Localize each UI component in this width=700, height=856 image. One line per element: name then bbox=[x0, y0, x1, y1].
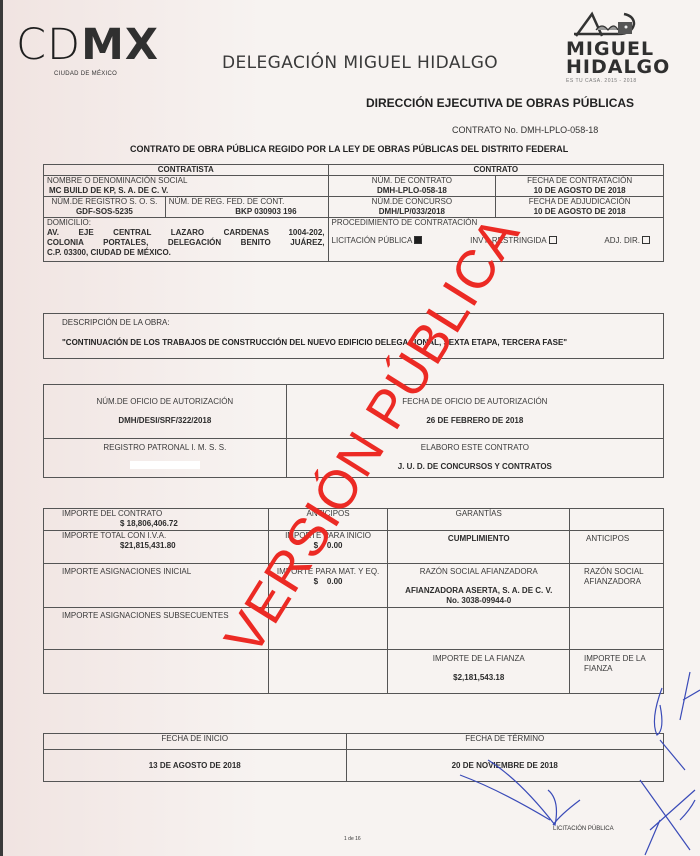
importe-iva-cell: IMPORTE TOTAL CON I.V.A. $21,815,431.80 bbox=[44, 531, 269, 564]
razon-social-label: RAZÓN SOCIAL AFIANZADORA bbox=[391, 567, 566, 577]
razon-social-cell: RAZÓN SOCIAL AFIANZADORA AFIANZADORA ASE… bbox=[388, 564, 570, 608]
cumplimiento-label: CUMPLIMIENTO bbox=[388, 531, 570, 564]
mh-logo-line2: HIDALGO bbox=[566, 58, 666, 76]
num-concurso-cell: NÚM.DE CONCURSO DMH/LP/033/2018 bbox=[328, 197, 496, 218]
fecha-termino-value: 20 DE NOVIEMBRE DE 2018 bbox=[346, 750, 664, 782]
importe-iva-label: IMPORTE TOTAL CON I.V.A. bbox=[62, 531, 265, 541]
importe-fianza-cell: IMPORTE DE LA FIANZA $2,181,543.18 bbox=[388, 650, 570, 694]
cdmx-logo: CDMX bbox=[16, 24, 159, 67]
domicilio-line1: AV. EJE CENTRAL LAZARO CARDENAS 1004-202… bbox=[47, 228, 325, 238]
fecha-contratacion-cell: FECHA DE CONTRATACIÓN 10 DE AGOSTO DE 20… bbox=[496, 176, 664, 197]
registro-patronal-cell: REGISTRO PATRONAL I. M. S. S. bbox=[44, 439, 287, 478]
cdmx-subtitle: CIUDAD DE MÉXICO bbox=[54, 71, 117, 77]
page-edge bbox=[0, 0, 3, 856]
importe-fianza-label-2: IMPORTE DE LA FIANZA bbox=[570, 650, 664, 694]
checkbox-empty-icon[interactable] bbox=[642, 236, 650, 244]
num-oficio-cell: NÚM.DE OFICIO DE AUTORIZACIÓN DMH/DESI/S… bbox=[44, 385, 287, 439]
empty-cell bbox=[570, 608, 664, 650]
cdmx-logo-thin: CD bbox=[16, 20, 81, 70]
option-label: ADJ. DIR. bbox=[604, 236, 640, 245]
fecha-inicio-label: FECHA DE INICIO bbox=[44, 734, 347, 750]
regido-title: CONTRATO DE OBRA PÚBLICA REGIDO POR LA L… bbox=[130, 144, 568, 154]
importes-table: IMPORTE DEL CONTRATO $ 18,806,406.72 ANT… bbox=[43, 508, 664, 694]
rfc-cell: NÚM. DE REG. FED. DE CONT. BKP 030903 19… bbox=[165, 197, 328, 218]
nombre-value: MC BUILD DE KP, S. A. DE C. V. bbox=[47, 186, 325, 196]
domicilio-cell: DOMICILIO: AV. EJE CENTRAL LAZARO CARDEN… bbox=[44, 218, 329, 262]
redacted-block bbox=[130, 461, 200, 469]
checkbox-checked-icon[interactable] bbox=[414, 236, 422, 244]
num-concurso-label: NÚM.DE CONCURSO bbox=[332, 197, 493, 207]
fecha-adjudicacion-cell: FECHA DE ADJUDICACIÓN 10 DE AGOSTO DE 20… bbox=[496, 197, 664, 218]
rfc-label: NÚM. DE REG. FED. DE CONT. bbox=[169, 197, 325, 207]
empty-cell bbox=[44, 650, 269, 694]
num-concurso-value: DMH/LP/033/2018 bbox=[332, 207, 493, 217]
empty-cell bbox=[268, 650, 388, 694]
registro-sos-label: NÚM.DE REGISTRO S. O. S. bbox=[47, 197, 162, 207]
num-contrato-cell: NÚM. DE CONTRATO DMH-LPLO-058-18 bbox=[328, 176, 496, 197]
fecha-termino-label: FECHA DE TÉRMINO bbox=[346, 734, 664, 750]
fechas-table: FECHA DE INICIO FECHA DE TÉRMINO 13 DE A… bbox=[43, 733, 664, 782]
fianza-number: No. 3038-09944-0 bbox=[391, 596, 566, 606]
contratista-header: CONTRATISTA bbox=[44, 165, 329, 176]
importe-iva-value: $21,815,431.80 bbox=[62, 541, 265, 551]
garantias-header: GARANTÍAS bbox=[388, 509, 570, 531]
importe-contrato-label: IMPORTE DEL CONTRATO bbox=[62, 509, 265, 519]
num-contrato-label: NÚM. DE CONTRATO bbox=[332, 176, 493, 186]
registro-patronal-label: REGISTRO PATRONAL I. M. S. S. bbox=[47, 443, 283, 453]
empty-cell bbox=[570, 509, 664, 531]
nombre-cell: NOMBRE O DENOMINACIÓN SOCIAL MC BUILD DE… bbox=[44, 176, 329, 197]
fecha-inicio-value: 13 DE AGOSTO DE 2018 bbox=[44, 750, 347, 782]
rfc-value: BKP 030903 196 bbox=[169, 207, 325, 217]
domicilio-line3: C.P. 03300, CIUDAD DE MÉXICO. bbox=[47, 248, 325, 258]
descripcion-text: "CONTINUACIÓN DE LOS TRABAJOS DE CONSTRU… bbox=[62, 338, 567, 347]
contrato-number: CONTRATO No. DMH-LPLO-058-18 bbox=[452, 125, 598, 135]
footer-licitacion: LICITACIÓN PÚBLICA bbox=[553, 826, 614, 832]
importe-contrato-cell: IMPORTE DEL CONTRATO $ 18,806,406.72 bbox=[44, 509, 269, 531]
mh-logo-tagline: ES TU CASA. 2015 - 2018 bbox=[566, 78, 666, 84]
num-contrato-value: DMH-LPLO-058-18 bbox=[332, 186, 493, 196]
razon-social-label-2: RAZÓN SOCIAL AFIANZADORA bbox=[570, 564, 664, 608]
fecha-contratacion-value: 10 DE AGOSTO DE 2018 bbox=[499, 186, 660, 196]
razon-social-value: AFIANZADORA ASERTA, S. A. DE C. V. bbox=[391, 586, 566, 596]
option-label: LICITACIÓN PÚBLICA bbox=[332, 236, 413, 245]
option-adjudicacion-directa[interactable]: ADJ. DIR. bbox=[604, 236, 650, 246]
nombre-label: NOMBRE O DENOMINACIÓN SOCIAL bbox=[47, 176, 325, 186]
page-number: 1 de 16 bbox=[344, 836, 361, 842]
num-oficio-value: DMH/DESI/SRF/322/2018 bbox=[47, 416, 283, 426]
anticipos-column-label: ANTICIPOS bbox=[570, 531, 664, 564]
checkbox-empty-icon[interactable] bbox=[549, 236, 557, 244]
delegacion-title: DELEGACIÓN MIGUEL HIDALGO bbox=[222, 53, 498, 73]
importe-fianza-label: IMPORTE DE LA FIANZA bbox=[391, 654, 566, 664]
num-oficio-label: NÚM.DE OFICIO DE AUTORIZACIÓN bbox=[47, 397, 283, 407]
contratista-contrato-table: CONTRATISTA CONTRATO NOMBRE O DENOMINACI… bbox=[43, 164, 664, 262]
fecha-adjudicacion-value: 10 DE AGOSTO DE 2018 bbox=[499, 207, 660, 217]
miguel-hidalgo-logo: MIGUEL HIDALGO ES TU CASA. 2015 - 2018 bbox=[566, 10, 666, 84]
domicilio-label: DOMICILIO: bbox=[47, 218, 325, 228]
registro-sos-cell: NÚM.DE REGISTRO S. O. S. GDF-SOS-5235 bbox=[44, 197, 166, 218]
importe-contrato-value: $ 18,806,406.72 bbox=[62, 519, 265, 529]
direccion-title: DIRECCIÓN EJECUTIVA DE OBRAS PÚBLICAS bbox=[366, 96, 634, 110]
fecha-contratacion-label: FECHA DE CONTRATACIÓN bbox=[499, 176, 660, 186]
descripcion-label: DESCRIPCIÓN DE LA OBRA: bbox=[62, 318, 170, 327]
fecha-oficio-label: FECHA DE OFICIO DE AUTORIZACIÓN bbox=[290, 397, 660, 407]
contrato-header: CONTRATO bbox=[328, 165, 663, 176]
domicilio-line2: COLONIA PORTALES, DELEGACIÓN BENITO JUÁR… bbox=[47, 238, 325, 248]
option-licitacion-publica[interactable]: LICITACIÓN PÚBLICA bbox=[332, 236, 423, 246]
registro-sos-value: GDF-SOS-5235 bbox=[47, 207, 162, 217]
grasshopper-icon bbox=[572, 10, 644, 40]
fecha-adjudicacion-label: FECHA DE ADJUDICACIÓN bbox=[499, 197, 660, 207]
empty-cell bbox=[388, 608, 570, 650]
importe-fianza-value: $2,181,543.18 bbox=[391, 673, 566, 683]
cdmx-logo-bold: MX bbox=[81, 20, 159, 70]
